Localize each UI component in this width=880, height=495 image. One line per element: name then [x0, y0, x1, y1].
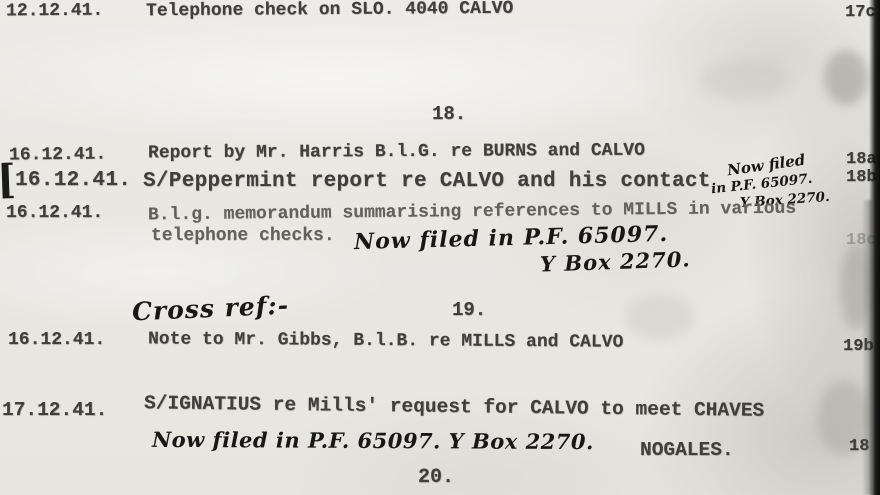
entry-text-continued: NOGALES. [640, 440, 734, 461]
paper-stain [824, 50, 868, 105]
document-scan-page: 12.12.41. Telephone check on SLO. 4040 C… [0, 0, 880, 495]
entry-text: S/Peppermint report re CALVO and his con… [143, 170, 711, 193]
page-edge-shadow [869, 0, 880, 495]
handwritten-filing-note: Now filed in P.F. 65097. Y Box 2270. [152, 429, 594, 452]
entry-text: B.l.g. memorandum summarising references… [148, 200, 796, 227]
paper-stain [700, 60, 790, 100]
section-heading-19: 19. [452, 300, 486, 321]
paper-stain [625, 295, 695, 340]
section-heading-20: 20. [418, 467, 454, 489]
entry-text: Telephone check on SLO. 4040 CALVO [146, 0, 513, 22]
cross-ref-note: Cross ref:- [132, 293, 290, 325]
entry-date: 12.12.41. [6, 2, 103, 22]
entry-date: 16.12.41. [15, 169, 131, 192]
handwritten-filing-note: Y Box 2270. [540, 248, 691, 274]
entry-date: 17.12.41. [2, 400, 107, 421]
entry-date: 16.12.41. [8, 331, 105, 351]
entry-text: S/IGNATIUS re Mills' request for CALVO t… [144, 393, 764, 422]
section-heading-18: 18. [432, 104, 466, 125]
entry-date: 16.12.41. [6, 204, 103, 224]
entry-text: Note to Mr. Gibbs, B.l.B. re MILLS and C… [148, 330, 623, 353]
entry-text: telephone checks. [151, 227, 335, 247]
entry-date: 16.12.41. [9, 145, 106, 166]
entry-text: Report by Mr. Harris B.l.G. re BURNS and… [148, 142, 645, 164]
